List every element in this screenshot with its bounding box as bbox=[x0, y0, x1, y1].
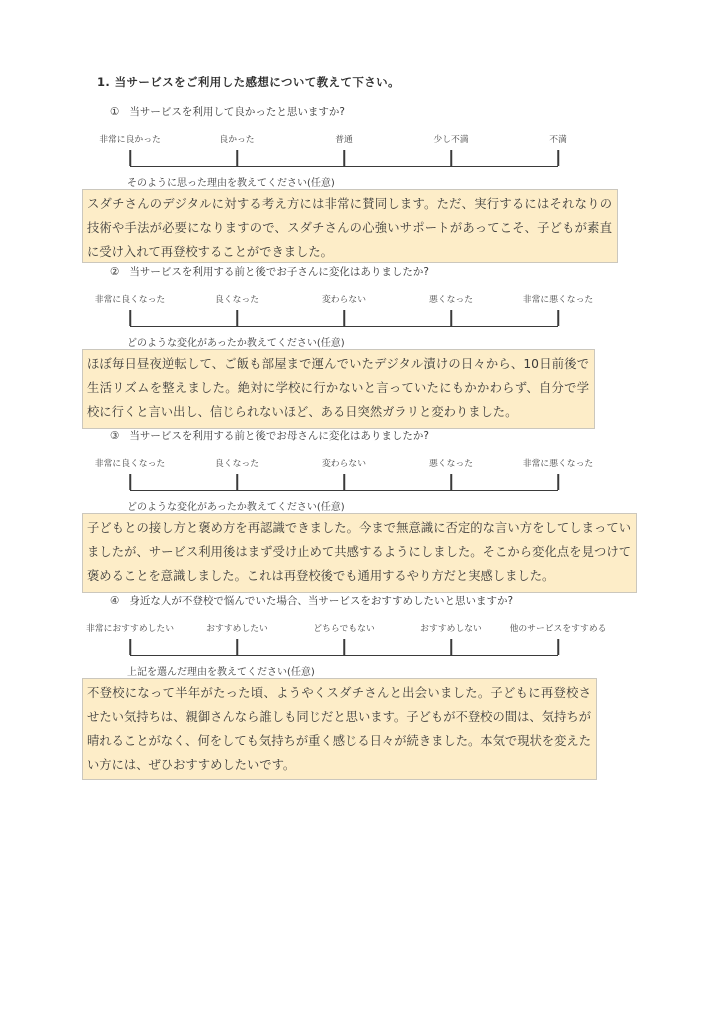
question-2-scale-labels: 非常に良くなった 良くなった 変わらない 悪くなった 非常に悪くなった bbox=[130, 292, 558, 305]
scale-label: 変わらない bbox=[322, 292, 366, 305]
question-3-number: ③ bbox=[110, 430, 119, 442]
scale-tick bbox=[450, 310, 452, 326]
scale-label: おすすめしない bbox=[420, 621, 482, 634]
question-2-answer: ほぼ毎日昼夜逆転して、ご飯も部屋まで運んでいたデジタル漬けの日々から、10日前後… bbox=[82, 349, 595, 429]
question-1-scale-labels: 非常に良かった 良かった 普通 少し不満 不満 bbox=[130, 132, 558, 145]
scale-tick bbox=[343, 639, 345, 655]
scale-label: 非常に悪くなった bbox=[523, 456, 593, 469]
question-1-number: ① bbox=[110, 106, 119, 118]
question-2-rating-scale bbox=[130, 311, 558, 327]
scale-label: どちらでもない bbox=[313, 621, 375, 634]
question-3-scale-labels: 非常に良くなった 良くなった 変わらない 悪くなった 非常に悪くなった bbox=[130, 456, 558, 469]
scale-tick bbox=[129, 310, 131, 326]
scale-tick bbox=[557, 474, 559, 490]
scale-tick bbox=[236, 639, 238, 655]
question-4-scale-labels: 非常におすすめしたい おすすめしたい どちらでもない おすすめしない 他のサービ… bbox=[130, 621, 558, 634]
question-2-number: ② bbox=[110, 266, 119, 278]
scale-label: 悪くなった bbox=[429, 292, 473, 305]
scale-tick bbox=[129, 150, 131, 166]
question-1-prompt: そのように思った理由を教えてください(任意) bbox=[127, 174, 335, 189]
scale-tick bbox=[557, 150, 559, 166]
scale-label: 非常に良くなった bbox=[95, 456, 165, 469]
scale-tick bbox=[557, 639, 559, 655]
question-2-heading: ② 当サービスを利用する前と後でお子さんに変化はありましたか? bbox=[110, 264, 429, 279]
question-3-text: 当サービスを利用する前と後でお母さんに変化はありましたか? bbox=[129, 428, 429, 443]
question-3-rating-scale bbox=[130, 475, 558, 491]
scale-tick bbox=[450, 639, 452, 655]
scale-tick bbox=[450, 150, 452, 166]
scale-label: 普通 bbox=[335, 132, 353, 145]
scale-tick bbox=[129, 474, 131, 490]
section-title: 1. 当サービスをご利用した感想について教えて下さい。 bbox=[97, 74, 400, 90]
question-1-heading: ① 当サービスを利用して良かったと思いますか? bbox=[110, 104, 345, 119]
scale-label: 良くなった bbox=[215, 292, 259, 305]
question-4-text: 身近な人が不登校で悩んでいた場合、当サービスをおすすめしたいと思いますか? bbox=[129, 593, 513, 608]
question-4-rating-scale bbox=[130, 640, 558, 656]
scale-tick bbox=[450, 474, 452, 490]
question-1-answer: スダチさんのデジタルに対する考え方には非常に賛同します。ただ、実行するにはそれな… bbox=[82, 189, 618, 263]
scale-label: おすすめしたい bbox=[206, 621, 268, 634]
question-1-text: 当サービスを利用して良かったと思いますか? bbox=[129, 104, 345, 119]
question-4-answer: 不登校になって半年がたった頃、ようやくスダチさんと出会いました。子どもに再登校さ… bbox=[82, 678, 597, 780]
question-4-prompt: 上記を選んだ理由を教えてください(任意) bbox=[127, 663, 315, 678]
question-3-answer: 子どもとの接し方と褒め方を再認識できました。今まで無意識に否定的な言い方をしてし… bbox=[82, 513, 637, 593]
scale-tick bbox=[343, 474, 345, 490]
scale-label: 他のサービスをすすめる bbox=[510, 621, 607, 634]
question-2-text: 当サービスを利用する前と後でお子さんに変化はありましたか? bbox=[129, 264, 429, 279]
scale-tick bbox=[343, 150, 345, 166]
scale-label: 悪くなった bbox=[429, 456, 473, 469]
scale-label: 良くなった bbox=[215, 456, 259, 469]
scale-label: 非常に良くなった bbox=[95, 292, 165, 305]
scale-label: 良かった bbox=[219, 132, 254, 145]
question-3-prompt: どのような変化があったか教えてください(任意) bbox=[127, 498, 345, 513]
scale-label: 非常に良かった bbox=[99, 132, 161, 145]
question-2-prompt: どのような変化があったか教えてください(任意) bbox=[127, 334, 345, 349]
scale-tick bbox=[343, 310, 345, 326]
question-1-rating-scale bbox=[130, 151, 558, 167]
question-4-number: ④ bbox=[110, 595, 119, 607]
question-4-heading: ④ 身近な人が不登校で悩んでいた場合、当サービスをおすすめしたいと思いますか? bbox=[110, 593, 513, 608]
question-3-heading: ③ 当サービスを利用する前と後でお母さんに変化はありましたか? bbox=[110, 428, 429, 443]
scale-label: 非常におすすめしたい bbox=[86, 621, 174, 634]
scale-tick bbox=[129, 639, 131, 655]
scale-tick bbox=[236, 310, 238, 326]
scale-label: 非常に悪くなった bbox=[523, 292, 593, 305]
scale-tick bbox=[557, 310, 559, 326]
scale-label: 変わらない bbox=[322, 456, 366, 469]
scale-tick bbox=[236, 150, 238, 166]
scale-label: 不満 bbox=[549, 132, 567, 145]
scale-tick bbox=[236, 474, 238, 490]
scale-label: 少し不満 bbox=[433, 132, 468, 145]
